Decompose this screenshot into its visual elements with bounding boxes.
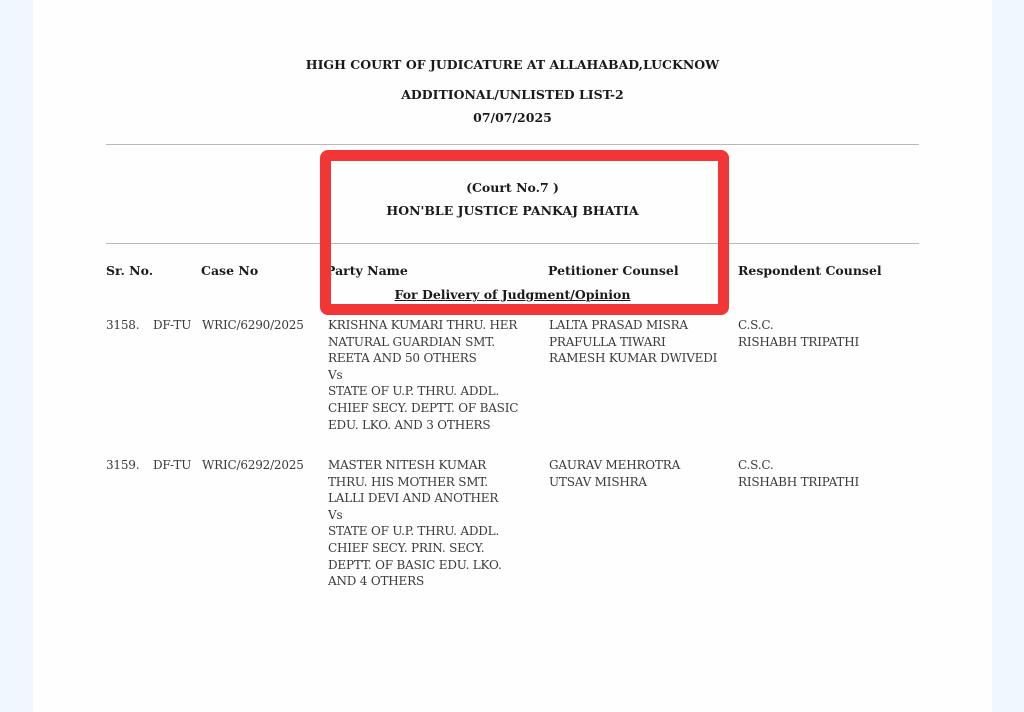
divider-bottom (106, 243, 919, 244)
court-name: HIGH COURT OF JUDICATURE AT ALLAHABAD,LU… (33, 57, 992, 72)
party-name: KRISHNA KUMARI THRU. HER NATURAL GUARDIA… (328, 317, 518, 433)
column-header-petitioner-counsel: Petitioner Counsel (548, 263, 679, 278)
column-header-case-no: Case No (201, 263, 258, 278)
respondent-counsel: C.S.C. RISHABH TRIPATHI (738, 457, 859, 490)
list-title: ADDITIONAL/UNLISTED LIST-2 (33, 87, 992, 102)
case-sr-no: 3158. (106, 317, 139, 334)
divider-top (106, 144, 919, 145)
case-type: DF-TU (153, 457, 191, 474)
judge-name: HON'BLE JUSTICE PANKAJ BHATIA (33, 203, 992, 218)
column-header-sr-no: Sr. No. (106, 263, 153, 278)
party-name: MASTER NITESH KUMAR THRU. HIS MOTHER SMT… (328, 457, 502, 590)
case-sr-no: 3159. (106, 457, 139, 474)
column-header-respondent-counsel: Respondent Counsel (738, 263, 882, 278)
list-date: 07/07/2025 (33, 110, 992, 125)
section-heading: For Delivery of Judgment/Opinion (33, 287, 992, 302)
cause-list-page: HIGH COURT OF JUDICATURE AT ALLAHABAD,LU… (33, 0, 992, 712)
respondent-counsel: C.S.C. RISHABH TRIPATHI (738, 317, 859, 350)
petitioner-counsel: LALTA PRASAD MISRA PRAFULLA TIWARI RAMES… (549, 317, 717, 367)
case-number: WRIC/6290/2025 (202, 317, 304, 334)
case-type: DF-TU (153, 317, 191, 334)
case-number: WRIC/6292/2025 (202, 457, 304, 474)
column-header-party-name: Party Name (326, 263, 408, 278)
court-number: (Court No.7 ) (33, 180, 992, 195)
petitioner-counsel: GAURAV MEHROTRA UTSAV MISHRA (549, 457, 680, 490)
